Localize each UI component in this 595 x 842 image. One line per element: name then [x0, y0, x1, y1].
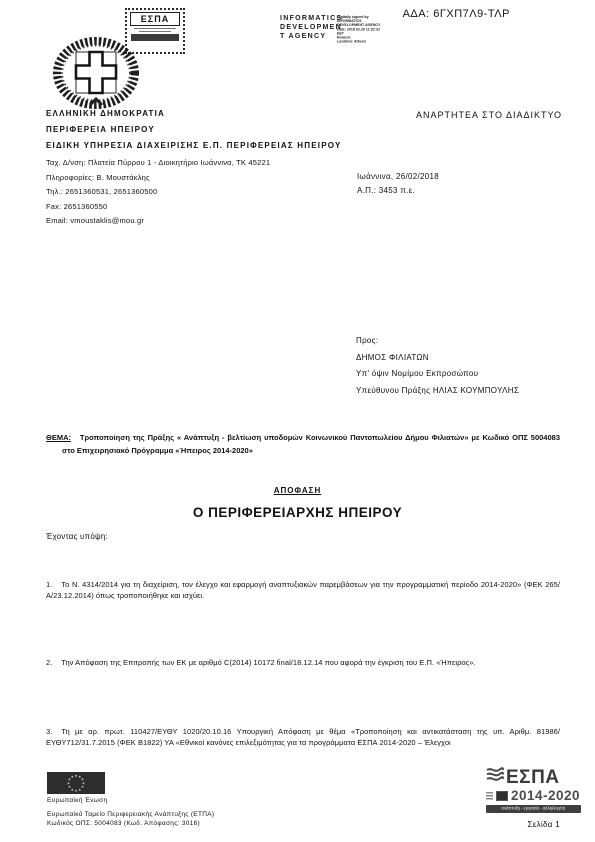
place-date: Ιωάννινα, 26/02/2018 — [357, 170, 439, 184]
espa-period: 2014-2020 — [511, 788, 580, 803]
phone-numbers: Τηλ.: 2651360531, 2651360500 — [46, 185, 270, 200]
svg-text:★: ★ — [71, 775, 74, 779]
ada-code: ΑΔΑ: 6ΓΧΠ7Λ9-ΤΛΡ — [0, 8, 510, 20]
page-number: Σελίδα 1 — [0, 820, 560, 829]
web-posting-notice: ΑΝΑΡΤΗΤΕΑ ΣΤΟ ΔΙΑΔΙΚΤΥΟ — [416, 110, 562, 120]
item-text: Τη με αρ. πρωτ. 110427/ΕΥΘΥ 1020/20.10.1… — [46, 727, 560, 747]
recipient-attention: Υπ' όψιν Νομίμου Εκπροσώπου — [356, 366, 519, 383]
recipient-label: Προς: — [356, 333, 519, 350]
regional-governor-title: Ο ΠΕΡΙΦΕΡΕΙΑΡΧΗΣ ΗΠΕΙΡΟΥ — [0, 505, 595, 520]
item-text: Την Απόφαση της Επιτροπής των ΕΚ με αριθ… — [61, 658, 475, 667]
svg-text:★: ★ — [67, 781, 70, 785]
item-number: 2. — [46, 658, 52, 667]
espa-waves-icon — [486, 767, 504, 787]
postal-address: Ταχ. Δ/νση: Πλατεία Πύρρου 1 - Διοικητήρ… — [46, 156, 270, 171]
email-address: Email: vmoustaklis@mou.gr — [46, 214, 270, 229]
recipient-block: Προς: ΔΗΜΟΣ ΦΙΛΙΑΤΩΝ Υπ' όψιν Νομίμου Εκ… — [356, 333, 519, 399]
place-date-protocol: Ιωάννινα, 26/02/2018 Α.Π.: 3453 π.ε. — [357, 170, 439, 198]
eu-mini-flag-icon — [496, 791, 508, 801]
espa-tagline-banner: ανάπτυξη - εργασία - αλληλεγγύη — [486, 805, 581, 813]
preamble: Έχοντας υπόψη: — [46, 532, 108, 541]
managing-authority: ΕΙΔΙΚΗ ΥΠΗΡΕΣΙΑ ΔΙΑΧΕΙΡΙΣΗΣ Ε.Π. ΠΕΡΙΦΕΡ… — [46, 138, 342, 154]
espa-logo: ΕΣΠΑ 2014-2020 ανάπτυξη - εργασία - αλλη… — [486, 767, 581, 813]
subject-text: Τροποποίηση της Πράξης « Ανάπτυξη - βελτ… — [62, 433, 560, 455]
decision-heading: ΑΠΟΦΑΣΗ — [0, 486, 595, 495]
item-text: Το Ν. 4314/2014 για τη διαχείριση, τον έ… — [46, 580, 560, 600]
stamp-decoration-line — [134, 28, 176, 29]
espa-logo-name: ΕΣΠΑ — [506, 768, 560, 787]
subject-line: ΘΕΜΑ: Τροποποίηση της Πράξης « Ανάπτυξη … — [46, 431, 560, 457]
protocol-number: Α.Π.: 3453 π.ε. — [357, 184, 439, 198]
item-number: 3. — [46, 727, 52, 736]
svg-text:★: ★ — [68, 785, 71, 789]
legal-item-1: 1.Το Ν. 4314/2014 για τη διαχείριση, τον… — [46, 580, 560, 601]
legal-item-3: 3.Τη με αρ. πρωτ. 110427/ΕΥΘΥ 1020/20.10… — [46, 727, 560, 748]
eu-union-label: Ευρωπαϊκή Ένωση — [47, 797, 107, 804]
legal-item-2: 2.Την Απόφαση της Επιτροπής των ΕΚ με αρ… — [46, 658, 560, 669]
subject-label: ΘΕΜΑ: — [46, 433, 71, 442]
region-epirus: ΠΕΡΙΦΕΡΕΙΑ ΗΠΕΙΡΟΥ — [46, 122, 342, 138]
svg-text:★: ★ — [78, 788, 81, 792]
espa-tagline: ανάπτυξη - εργασία - αλληλεγγύη — [502, 807, 566, 811]
contact-person: Πληροφορίες: Β. Μουστάκλης — [46, 171, 270, 186]
hellenic-republic: ΕΛΛΗΝΙΚΗ ΔΗΜΟΚΡΑΤΙΑ — [46, 106, 342, 122]
eu-flag-icon: ★★★ ★★★ ★★★ ★★★ — [47, 772, 105, 794]
greek-coat-of-arms-icon — [50, 36, 142, 115]
hellenic-republic-mini-mark — [486, 792, 493, 800]
svg-text:★: ★ — [74, 774, 77, 778]
authority-header: ΕΛΛΗΝΙΚΗ ΔΗΜΟΚΡΑΤΙΑ ΠΕΡΙΦΕΡΕΙΑ ΗΠΕΙΡΟΥ Ε… — [46, 106, 342, 154]
stamp-decoration-line — [139, 31, 171, 32]
recipient-project-manager: Υπεύθυνου Πράξης ΗΛΙΑΣ ΚΟΥΜΠΟΥΛΗΣ — [356, 383, 519, 400]
document-page: ΕΣΠΑ INFORMATICS DEVELOPMEN T AGENCY Dig… — [0, 0, 595, 842]
recipient-municipality: ΔΗΜΟΣ ΦΙΛΙΑΤΩΝ — [356, 350, 519, 367]
item-number: 1. — [46, 580, 52, 589]
svg-text:★: ★ — [74, 789, 77, 793]
contact-block: Ταχ. Δ/νση: Πλατεία Πύρρου 1 - Διοικητήρ… — [46, 156, 270, 229]
fax-number: Fax: 2651360550 — [46, 200, 270, 215]
erdf-fund-label: Ευρωπαϊκό Ταμείο Περιφερειακής Ανάπτυξης… — [47, 811, 214, 818]
